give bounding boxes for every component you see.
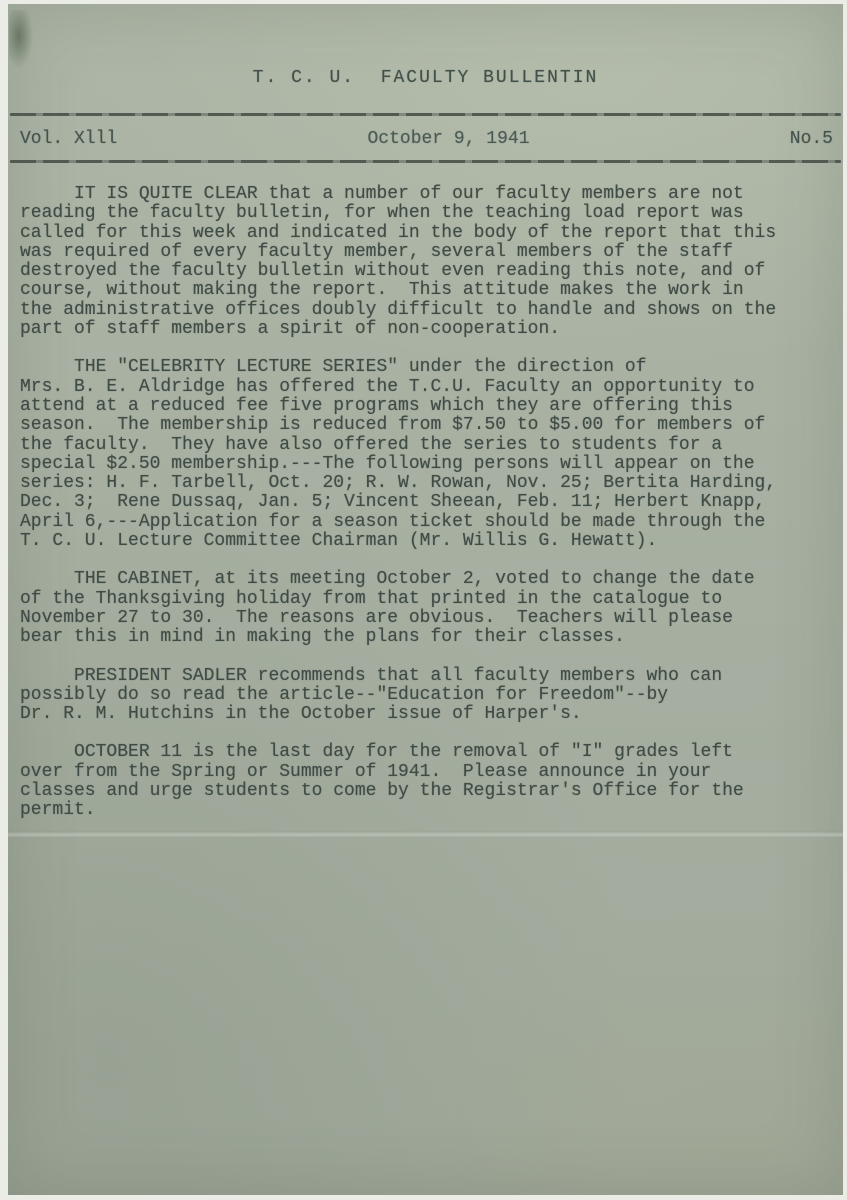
- bulletin-title: T. C. U. FACULTY BULLENTIN: [8, 68, 843, 88]
- issue-number: No.5: [723, 129, 833, 149]
- bulletin-body: IT IS QUITE CLEAR that a number of our f…: [20, 185, 837, 821]
- paper-fold-crease: [8, 831, 843, 838]
- bulletin-paragraph-cabinet-thanksgiving: THE CABINET, at its meeting October 2, v…: [20, 570, 837, 647]
- masthead-row: Vol. Xlll October 9, 1941 No.5: [20, 129, 833, 149]
- scanned-bulletin-page: T. C. U. FACULTY BULLENTIN Vol. Xlll Oct…: [8, 4, 843, 1195]
- masthead-divider-bottom: [10, 160, 841, 163]
- bulletin-paragraph-faculty-bulletin-notice: IT IS QUITE CLEAR that a number of our f…: [20, 185, 837, 339]
- issue-date: October 9, 1941: [212, 129, 685, 149]
- bulletin-paragraph-october-11-grades: OCTOBER 11 is the last day for the remov…: [20, 743, 837, 820]
- bulletin-paragraph-president-sadler: PRESIDENT SADLER recommends that all fac…: [20, 667, 837, 725]
- bulletin-paragraph-celebrity-lecture-series: THE "CELEBRITY LECTURE SERIES" under the…: [20, 358, 837, 551]
- masthead-divider-top: [10, 113, 841, 116]
- ink-smudge-top-left: [9, 10, 33, 68]
